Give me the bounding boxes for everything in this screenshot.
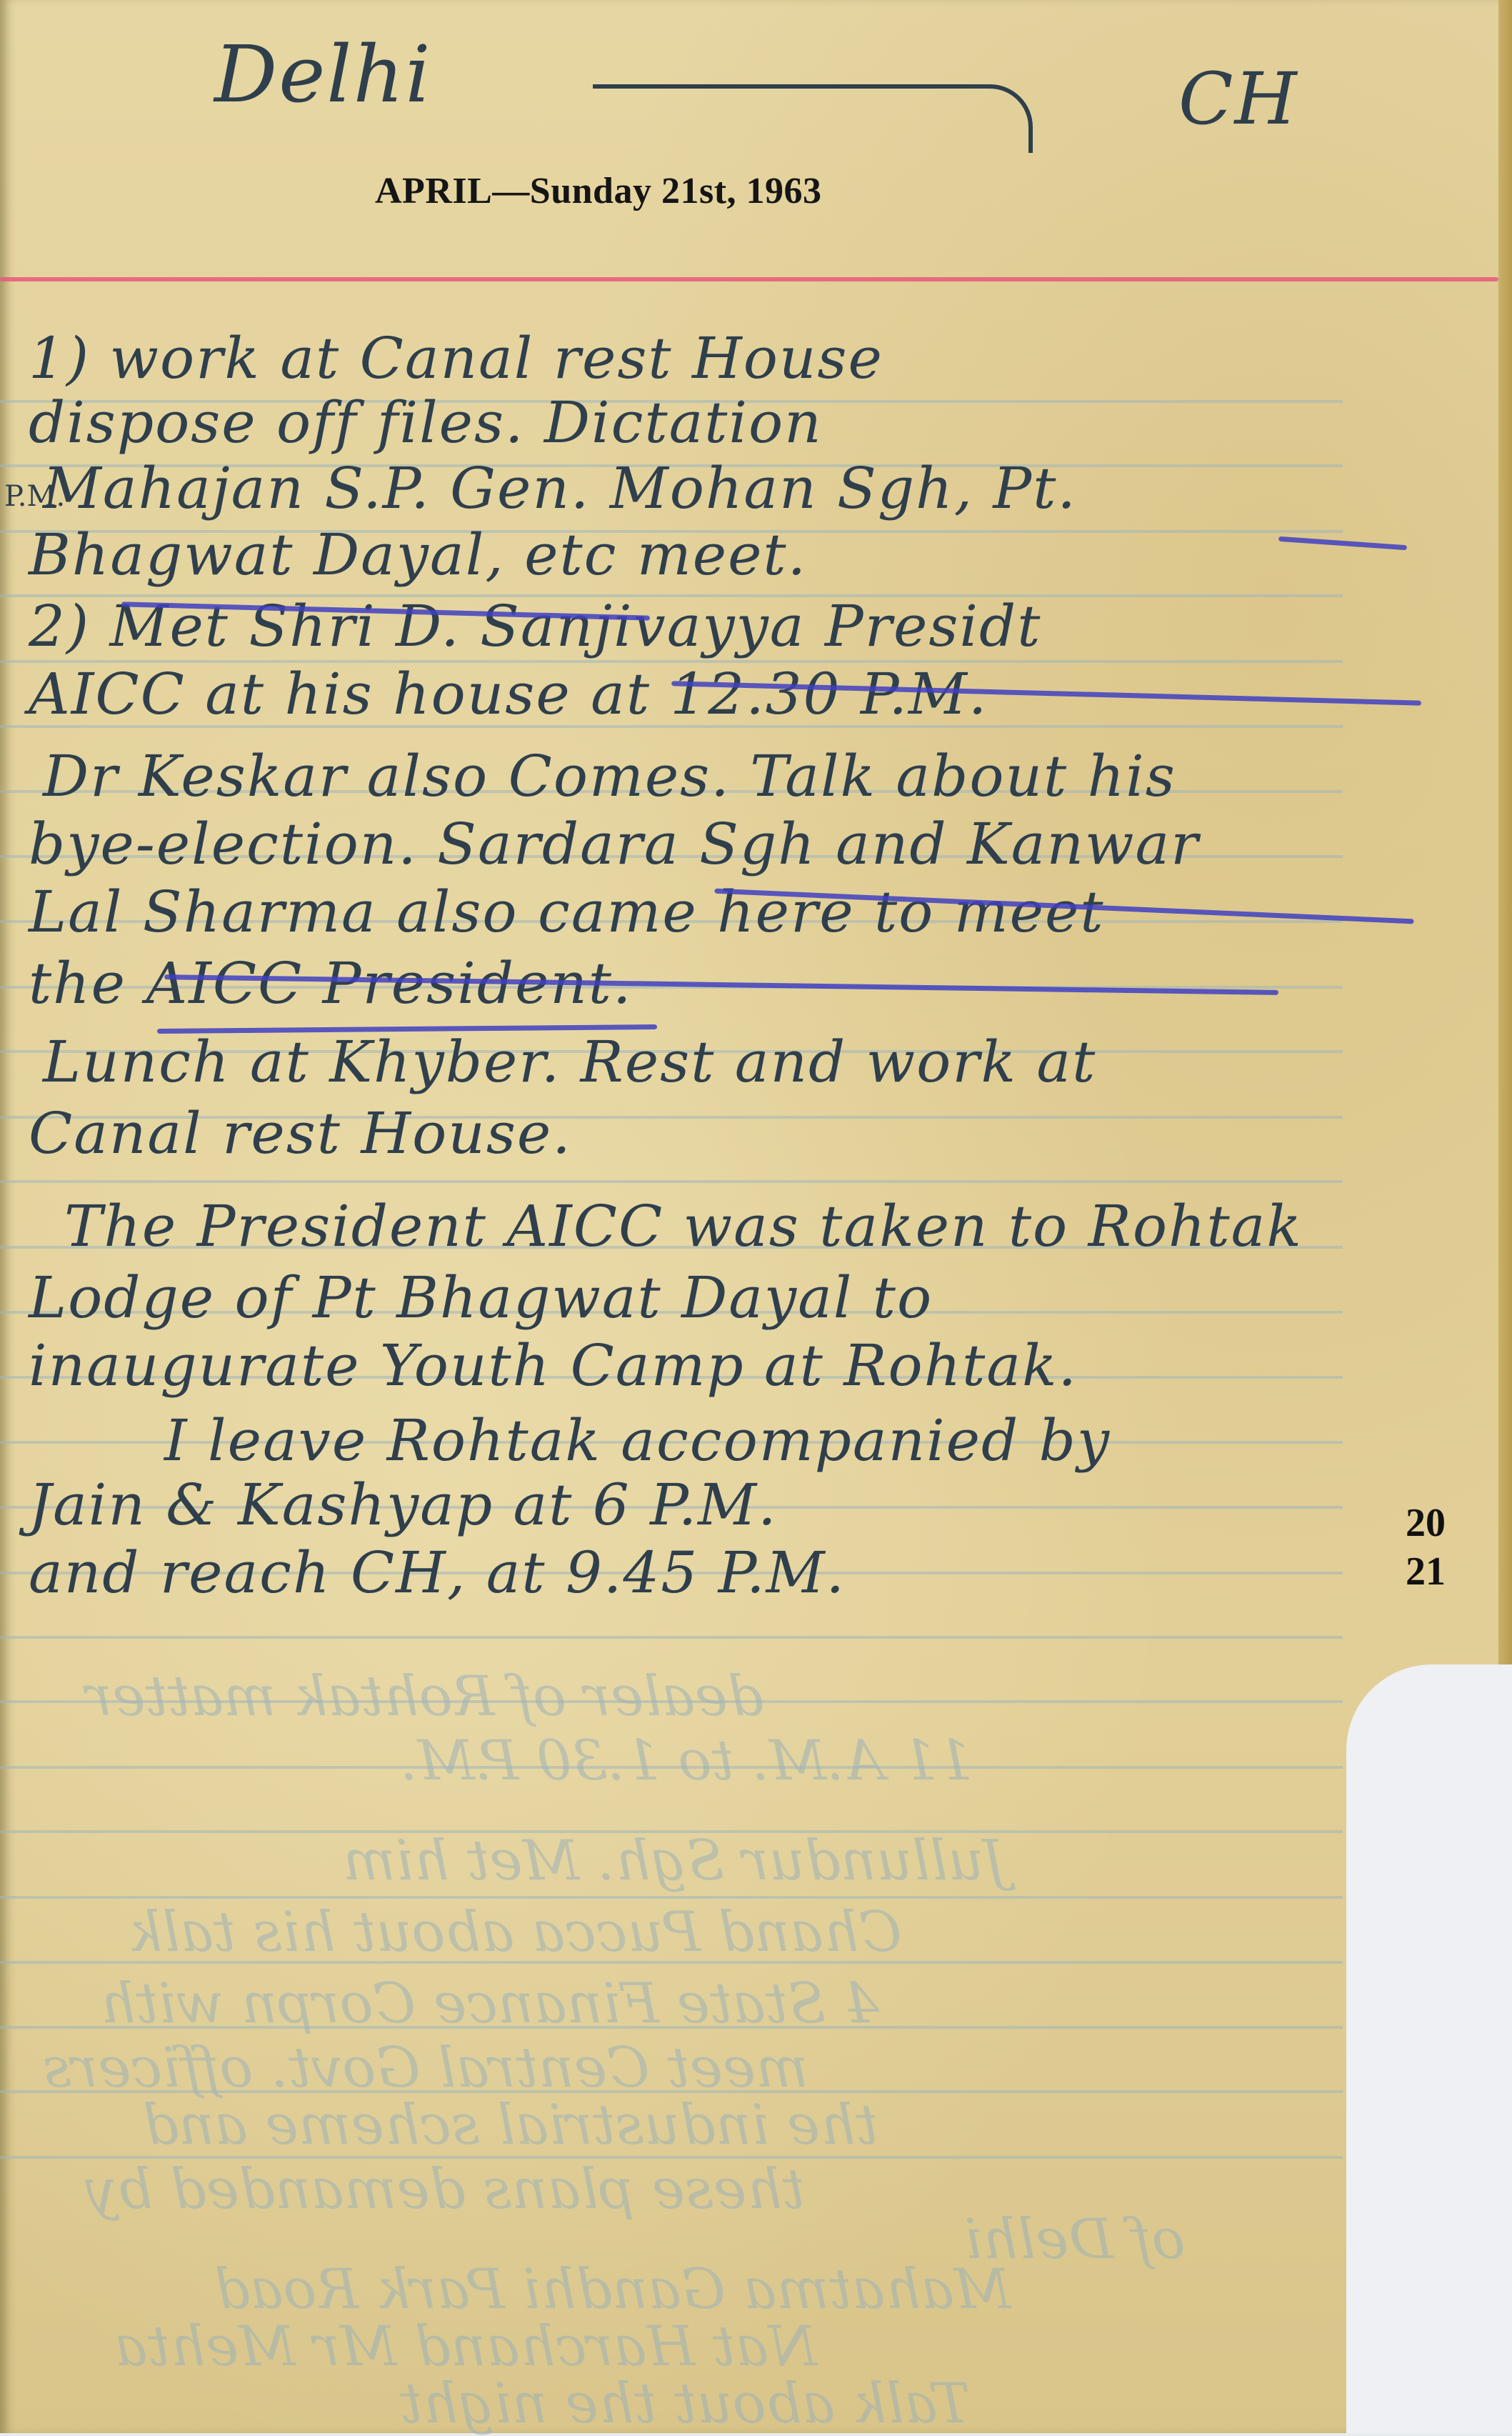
entry-line-3: Mahajan S.P. Gen. Mohan Sgh, Pt. <box>43 455 1077 521</box>
ruled-line <box>0 1180 1343 1183</box>
ruled-line <box>0 1636 1343 1639</box>
entry-line-17: Jain & Kashyap at 6 P.M. <box>29 1472 778 1538</box>
ruled-line <box>0 1896 1343 1899</box>
header-place-to: CH <box>1178 57 1298 141</box>
day-number-current: 21 <box>1406 1549 1446 1594</box>
page-tab-cutout <box>1346 1664 1512 2433</box>
page-thumb-edge <box>1498 0 1512 1664</box>
entry-line-14: Lodge of Pt Bhagwat Dayal to <box>29 1264 933 1331</box>
bleed-through-line: Talk about the night <box>400 2372 970 2433</box>
bleed-through-line: meet Central Govt. officers <box>43 2036 808 2100</box>
bleed-through-line: these plans demanded by <box>86 2157 805 2222</box>
entry-line-9: Lal Sharma also came here to meet <box>29 879 1104 945</box>
bleed-through-line: Mahatma Gandhi Park Road <box>214 2257 1011 2322</box>
bleed-through-line: Jullundur Sgh. Met him <box>343 1829 1006 1893</box>
entry-line-15: inaugurate Youth Camp at Rohtak. <box>29 1332 1078 1399</box>
entry-line-2: dispose off files. Dictation <box>29 389 823 456</box>
blue-underline <box>1278 536 1407 551</box>
red-margin-rule <box>0 277 1498 281</box>
header-place-from: Delhi <box>214 29 432 120</box>
entry-line-12: Canal rest House. <box>29 1100 572 1167</box>
bleed-through-line: Nat Harchand Mr Mehta <box>114 2315 817 2379</box>
entry-line-1: 1) work at Canal rest House <box>29 325 883 391</box>
travel-arrow-icon <box>593 84 1033 153</box>
entry-line-8: bye-election. Sardara Sgh and Kanwar <box>29 811 1199 877</box>
entry-line-6: AICC at his house at 12.30 P.M. <box>29 661 988 727</box>
day-number-previous: 20 <box>1406 1500 1446 1546</box>
entry-line-16: I leave Rohtak accompanied by <box>164 1407 1111 1474</box>
entry-line-7: Dr Keskar also Comes. Talk about his <box>43 743 1176 809</box>
bleed-through-line: the industrial scheme and <box>143 2093 878 2157</box>
entry-line-4: Bhagwat Dayal, etc meet. <box>29 521 807 588</box>
bleed-through-line: 4 State Finance Corpn with <box>100 1972 879 2036</box>
entry-line-13: The President AICC was taken to Rohtak <box>64 1193 1303 1259</box>
bleed-through-line: dealer of Rohtak matter <box>86 1664 763 1729</box>
diary-page: Delhi CH APRIL—Sunday 21st, 1963 dealer … <box>0 0 1498 2433</box>
printed-date-heading: APRIL—Sunday 21st, 1963 <box>375 170 822 212</box>
entry-line-18: and reach CH, at 9.45 P.M. <box>29 1539 846 1606</box>
bleed-through-line: Chand Pucca about his talk <box>129 1900 902 1965</box>
bleed-through-line: 11 A.M. to 1.30 P.M. <box>400 1729 973 1793</box>
entry-line-11: Lunch at Khyber. Rest and work at <box>43 1029 1096 1095</box>
